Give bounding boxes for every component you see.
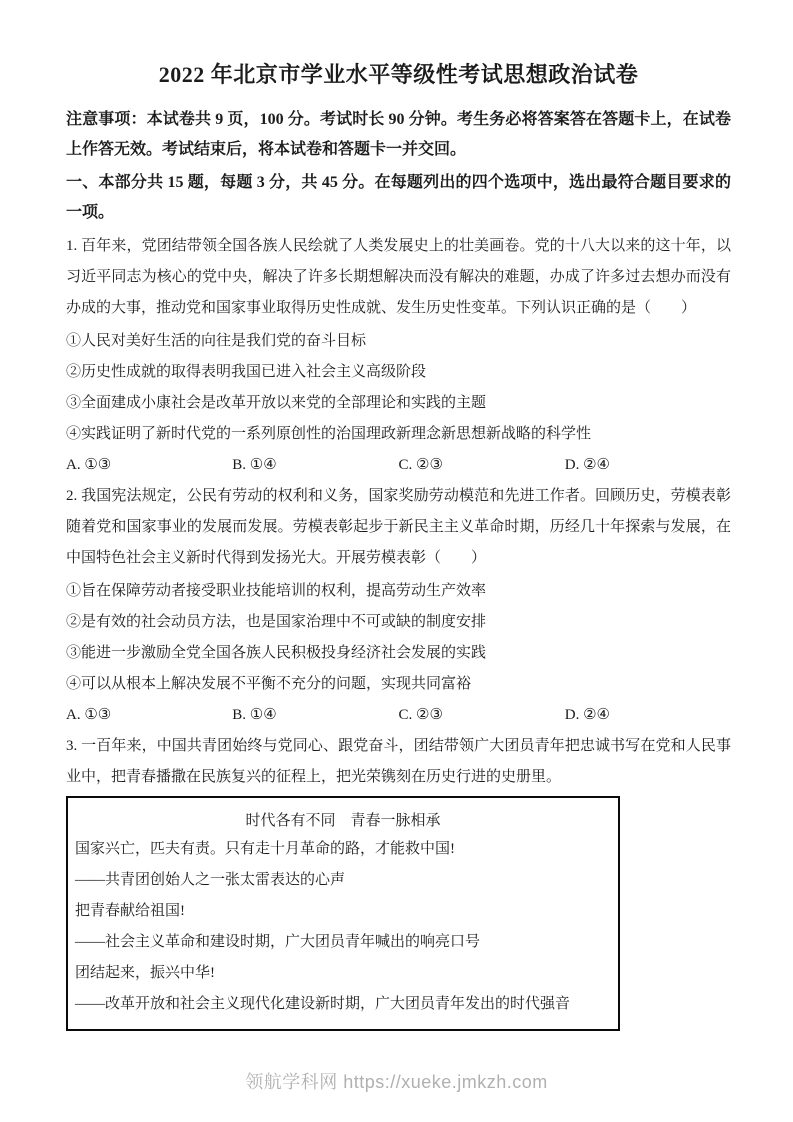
question-1-stem: 1. 百年来，党团结带领全国各族人民绘就了人类发展史上的壮美画卷。党的十八大以来… <box>66 231 731 324</box>
question-1-option-1: ①人民对美好生活的向往是我们党的奋斗目标 <box>66 326 731 357</box>
page-content: 2022 年北京市学业水平等级性考试思想政治试卷 注意事项：本试卷共 9 页，1… <box>0 58 793 1031</box>
question-2-choice-d: D. ②④ <box>565 700 731 731</box>
watermark: 领航学科网 https://xueke.jmkzh.com <box>0 1068 793 1094</box>
quote-line: ——共青团创始人之一张太雷表达的心声 <box>75 865 611 896</box>
question-1-choices: A. ①③ B. ①④ C. ②③ D. ②④ <box>66 450 731 481</box>
exam-notice: 注意事项：本试卷共 9 页，100 分。考试时长 90 分钟。考生务必将答案答在… <box>66 105 731 165</box>
question-1-choice-d: D. ②④ <box>565 450 731 481</box>
question-1-choice-a: A. ①③ <box>66 450 232 481</box>
question-2-choice-c: C. ②③ <box>399 700 565 731</box>
page-title: 2022 年北京市学业水平等级性考试思想政治试卷 <box>66 58 731 92</box>
question-2-option-4: ④可以从根本上解决发展不平衡不充分的问题，实现共同富裕 <box>66 669 731 700</box>
section-header: 一、本部分共 15 题，每题 3 分，共 45 分。在每题列出的四个选项中，选出… <box>66 168 731 228</box>
question-2-choice-a: A. ①③ <box>66 700 232 731</box>
quote-box-title: 时代各有不同 青春一脉相承 <box>75 808 611 834</box>
question-1-option-3: ③全面建成小康社会是改革开放以来党的全部理论和实践的主题 <box>66 388 731 419</box>
question-2-options: ①旨在保障劳动者接受职业技能培训的权利，提高劳动生产效率 ②是有效的社会动员方法… <box>66 576 731 731</box>
quote-line: ——改革开放和社会主义现代化建设新时期，广大团员青年发出的时代强音 <box>75 989 611 1020</box>
question-2-option-1: ①旨在保障劳动者接受职业技能培训的权利，提高劳动生产效率 <box>66 576 731 607</box>
question-1-option-4: ④实践证明了新时代党的一系列原创性的治国理政新理念新思想新战略的科学性 <box>66 419 731 450</box>
quote-box: 时代各有不同 青春一脉相承 国家兴亡，匹夫有责。只有走十月革命的路，才能救中国!… <box>66 796 620 1031</box>
question-3-stem: 3. 一百年来，中国共青团始终与党同心、跟党奋斗，团结带领广大团员青年把忠诚书写… <box>66 731 731 793</box>
question-1-choice-b: B. ①④ <box>232 450 398 481</box>
question-2-stem: 2. 我国宪法规定，公民有劳动的权利和义务，国家奖励劳动模范和先进工作者。回顾历… <box>66 481 731 574</box>
quote-line: ——社会主义革命和建设时期，广大团员青年喊出的响亮口号 <box>75 927 611 958</box>
quote-line: 国家兴亡，匹夫有责。只有走十月革命的路，才能救中国! <box>75 834 611 865</box>
question-1-choice-c: C. ②③ <box>399 450 565 481</box>
exam-paper-page: 2022 年北京市学业水平等级性考试思想政治试卷 注意事项：本试卷共 9 页，1… <box>0 0 793 1122</box>
question-1-option-2: ②历史性成就的取得表明我国已进入社会主义高级阶段 <box>66 357 731 388</box>
question-2-choices: A. ①③ B. ①④ C. ②③ D. ②④ <box>66 700 731 731</box>
question-2-choice-b: B. ①④ <box>232 700 398 731</box>
question-2-option-2: ②是有效的社会动员方法，也是国家治理中不可或缺的制度安排 <box>66 607 731 638</box>
watermark-text: 领航学科网 https://xueke.jmkzh.com <box>245 1072 548 1092</box>
quote-line: 团结起来，振兴中华! <box>75 958 611 989</box>
question-1-options: ①人民对美好生活的向往是我们党的奋斗目标 ②历史性成就的取得表明我国已进入社会主… <box>66 326 731 481</box>
quote-line: 把青春献给祖国! <box>75 896 611 927</box>
question-2-option-3: ③能进一步激励全党全国各族人民积极投身经济社会发展的实践 <box>66 638 731 669</box>
